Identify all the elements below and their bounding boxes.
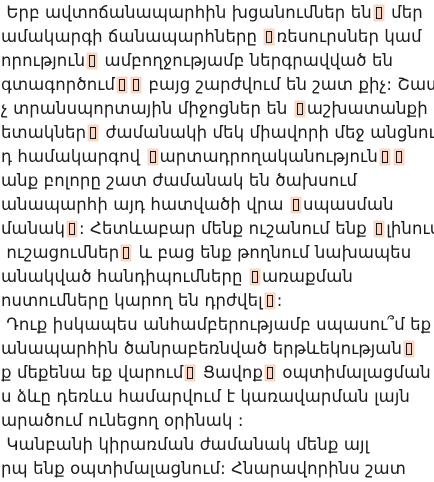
- missing-glyph-box: [376, 223, 382, 235]
- text-line: մանակ: Հետևաբար մենք ուշանում ենք լինում: [1, 217, 434, 241]
- missing-glyph-box: [252, 271, 258, 283]
- text-run: Ցավոք: [197, 363, 263, 382]
- text-run: ք մեքենա եք վարում: [1, 363, 183, 382]
- text-line: ոստումները կարող են դրժվել:: [1, 289, 434, 313]
- text-run: որություն: [1, 51, 85, 70]
- text-line: չ տրանսպորտային միջոցներ են աշխատանքի: [1, 97, 434, 121]
- missing-glyph-box: [382, 151, 388, 163]
- text-line: ուշացումներ և բաց ենք թողնում նախապես: [1, 241, 434, 265]
- text-run: մեր: [386, 3, 423, 22]
- text-run: առաքման: [262, 267, 353, 286]
- text-line: Երբ ավտոճանապարհին խցանումներ են մեր: [1, 1, 434, 25]
- text-line: անապարհին ծանրաբեռնված երթևեկության: [1, 337, 434, 361]
- text-run: անապարհի այդ հատվածի վրա: [1, 195, 289, 214]
- missing-glyph-box: [396, 151, 402, 163]
- text-run: սպասման: [303, 195, 394, 214]
- missing-glyph-box: [266, 31, 272, 43]
- missing-glyph-box: [187, 367, 193, 379]
- text-run: ոստումները կարող են դրժվել: [1, 291, 263, 310]
- text-run: դ համակարգով: [1, 147, 146, 166]
- text-run: ս ձևը դեռևս համարվում է կառավարման լայն: [1, 387, 410, 406]
- text-line: անակված հանդիպումները առաքման: [1, 265, 434, 289]
- text-line: ք մեքենա եք վարում Ցավոք օպտիմալացման: [1, 361, 434, 385]
- missing-glyph-box: [150, 151, 156, 163]
- text-run: աշխատանքի: [307, 99, 428, 118]
- text-line: գտագործում բայց շարժվում են շատ քիչ: Շատ: [1, 73, 434, 97]
- missing-glyph-box: [293, 199, 299, 211]
- text-line: ամակարգի ճանապարհները ռեսուրսներ կամ: [1, 25, 434, 49]
- text-line: դ համակարգով արտադրողականություն: [1, 145, 434, 169]
- text-line: անք բոլորը շատ ժամանակ են ծախսում: [1, 169, 434, 193]
- text-run: արածում ունեցող օրինակ :: [1, 411, 244, 430]
- text-run: օպտիմալացման: [277, 363, 431, 382]
- missing-glyph-box: [406, 343, 412, 355]
- text-run: բայց շարժվում են շատ քիչ: Շատ: [143, 75, 434, 94]
- document-body: Երբ ավտոճանապարհին խցանումներ են մերամակ…: [0, 0, 434, 482]
- text-line: որություն ամբողջությամբ ներգրավված են: [1, 49, 434, 73]
- text-run: ամբողջությամբ ներգրավված են: [99, 51, 393, 70]
- missing-glyph-box: [133, 79, 139, 91]
- text-run: անապարհին ծանրաբեռնված երթևեկության: [1, 339, 402, 358]
- text-line: Դուք իսկապես անհամբերությամբ սպասու՞մ եք: [1, 313, 434, 337]
- text-run: ետակներ: [1, 123, 86, 142]
- text-run: : Հետևաբար մենք ուշանում ենք: [79, 219, 372, 238]
- text-run: ժամանակի մեկ միավորի մեջ անցնում: [100, 123, 434, 142]
- text-run: :: [277, 291, 283, 310]
- text-run: չ տրանսպորտային միջոցներ են: [1, 99, 293, 118]
- text-line: ս ձևը դեռևս համարվում է կառավարման լայն: [1, 385, 434, 409]
- text-run: անակված հանդիպումները: [1, 267, 248, 286]
- text-run: ռեսուրսներ կամ: [276, 27, 421, 46]
- missing-glyph-box: [267, 367, 273, 379]
- text-run: մանակ: [1, 219, 65, 238]
- text-line: անապարհի այդ հատվածի վրա սպասման: [1, 193, 434, 217]
- text-run: լինում: [386, 219, 434, 238]
- missing-glyph-box: [69, 223, 75, 235]
- text-run: արտադրողականություն: [160, 147, 378, 166]
- text-line: արածում ունեցող օրինակ :: [1, 409, 434, 433]
- text-run: Դուք իսկապես անհամբերությամբ սպասու՞մ եք: [1, 315, 431, 334]
- missing-glyph-box: [376, 7, 382, 19]
- text-run: Երբ ավտոճանապարհին խցանումներ են: [1, 3, 372, 22]
- missing-glyph-box: [89, 55, 95, 67]
- text-run: գտագործում: [1, 75, 115, 94]
- missing-glyph-box: [123, 247, 129, 259]
- missing-glyph-box: [267, 295, 273, 307]
- missing-glyph-box: [119, 79, 125, 91]
- text-run: րպ ենք օպտիմալացնում: Հնարավորինս շատ: [1, 459, 406, 478]
- text-line: րպ ենք օպտիմալացնում: Հնարավորինս շատ: [1, 457, 434, 481]
- text-run: ուշացումներ: [1, 243, 119, 262]
- text-run: անք բոլորը շատ ժամանակ են ծախսում: [1, 171, 357, 190]
- missing-glyph-box: [90, 127, 96, 139]
- text-line: ետակներ ժամանակի մեկ միավորի մեջ անցնում: [1, 121, 434, 145]
- text-run: և բաց ենք թողնում նախապես: [133, 243, 411, 262]
- missing-glyph-box: [297, 103, 303, 115]
- text-run: ամակարգի ճանապարհները: [1, 27, 262, 46]
- text-run: Կանբանի կիրառման ժամանակ մենք այլ: [1, 435, 369, 454]
- text-line: Կանբանի կիրառման ժամանակ մենք այլ: [1, 433, 434, 457]
